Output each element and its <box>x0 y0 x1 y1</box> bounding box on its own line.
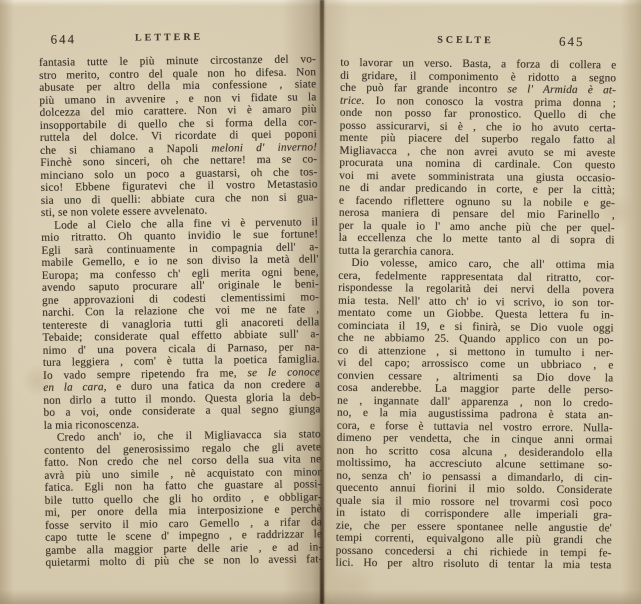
text-line: quietarmi molto di più che se non lo ave… <box>45 553 322 569</box>
left-page-running-title: LETTERE <box>135 32 203 44</box>
right-page-number: 645 <box>559 34 585 50</box>
right-page-running-title: SCELTE <box>437 35 494 47</box>
right-page-header-row: SCELTE 645 <box>340 32 616 51</box>
left-page: 644 LETTERE fantasia tutte le più minute… <box>38 28 322 569</box>
left-page-header-row: 644 LETTERE <box>38 28 315 48</box>
left-page-text: fantasia tutte le più minute circostanze… <box>39 53 323 569</box>
book-scan-background: 644 LETTERE fantasia tutte le più minute… <box>0 0 641 604</box>
text-line: lici. Ho per altro risoluto di tentar la… <box>335 557 611 572</box>
right-page: SCELTE 645 to lavorar un verso. Basta, a… <box>335 32 616 572</box>
right-page-text: to lavorar un verso. Basta, a forza di c… <box>335 57 616 572</box>
left-page-number: 644 <box>50 31 76 47</box>
